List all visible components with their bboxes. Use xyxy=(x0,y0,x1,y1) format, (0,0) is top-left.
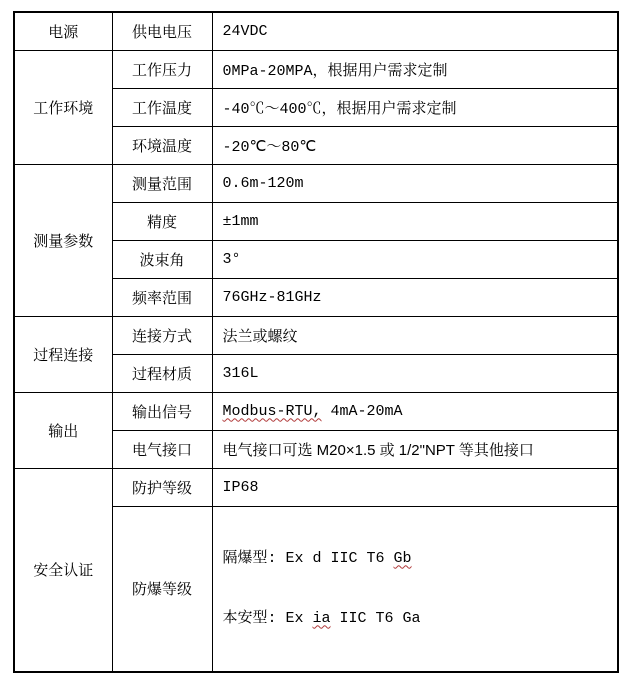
category-cell-process-connection: 过程连接 xyxy=(14,316,112,392)
value-cell-connection-type: 法兰或螺纹 xyxy=(212,316,618,354)
value-cell-explosion-proof-rating: 隔爆型: Ex d IIC T6 Gb 本安型: Ex ia IIC T6 Ga xyxy=(212,506,618,672)
param-cell-electrical-interface: 电气接口 xyxy=(112,430,212,468)
table-row: 过程连接 连接方式 法兰或螺纹 xyxy=(14,316,618,354)
spellcheck-flagged-text: Modbus-RTU, xyxy=(223,403,322,420)
value-cell-beam-angle: 3° xyxy=(212,240,618,278)
value-text: 隔爆型: Ex d IIC T6 xyxy=(223,550,394,567)
param-cell-output-signal: 输出信号 xyxy=(112,392,212,430)
value-cell-accuracy: ±1mm xyxy=(212,202,618,240)
category-cell-working-environment: 工作环境 xyxy=(14,50,112,164)
value-line-flameproof: 隔爆型: Ex d IIC T6 Gb xyxy=(223,549,610,569)
value-cell-output-signal: Modbus-RTU, 4mA-20mA xyxy=(212,392,618,430)
spellcheck-flagged-text: Gb xyxy=(394,550,412,567)
table-row: 安全认证 防护等级 IP68 xyxy=(14,468,618,506)
value-line-intrinsically-safe: 本安型: Ex ia IIC T6 Ga xyxy=(223,609,610,629)
value-cell-ambient-temperature: -20℃～80℃ xyxy=(212,126,618,164)
value-cell-protection-rating: IP68 xyxy=(212,468,618,506)
table-row: 电源 供电电压 24VDC xyxy=(14,12,618,50)
value-cell-working-temperature: -40℃～400℃，根据用户需求定制 xyxy=(212,88,618,126)
param-cell-beam-angle: 波束角 xyxy=(112,240,212,278)
value-text: 4mA-20mA xyxy=(322,403,403,420)
value-cell-supply-voltage: 24VDC xyxy=(212,12,618,50)
param-cell-working-pressure: 工作压力 xyxy=(112,50,212,88)
category-cell-power: 电源 xyxy=(14,12,112,50)
category-cell-measurement-parameters: 测量参数 xyxy=(14,164,112,316)
value-cell-frequency-range: 76GHz-81GHz xyxy=(212,278,618,316)
value-cell-process-material: 316L xyxy=(212,354,618,392)
document-page: 电源 供电电压 24VDC 工作环境 工作压力 0MPa-20MPA，根据用户需… xyxy=(0,0,630,563)
param-cell-protection-rating: 防护等级 xyxy=(112,468,212,506)
param-cell-accuracy: 精度 xyxy=(112,202,212,240)
param-cell-explosion-proof-rating: 防爆等级 xyxy=(112,506,212,672)
table-row: 工作环境 工作压力 0MPa-20MPA，根据用户需求定制 xyxy=(14,50,618,88)
table-row: 输出 输出信号 Modbus-RTU, 4mA-20mA xyxy=(14,392,618,430)
table-row: 测量参数 测量范围 0.6m-120m xyxy=(14,164,618,202)
category-cell-output: 输出 xyxy=(14,392,112,468)
param-cell-frequency-range: 频率范围 xyxy=(112,278,212,316)
category-cell-safety-certification: 安全认证 xyxy=(14,468,112,672)
param-cell-connection-type: 连接方式 xyxy=(112,316,212,354)
param-cell-supply-voltage: 供电电压 xyxy=(112,12,212,50)
spellcheck-flagged-text: ia xyxy=(313,610,331,627)
spec-table: 电源 供电电压 24VDC 工作环境 工作压力 0MPa-20MPA，根据用户需… xyxy=(13,11,619,673)
param-cell-working-temperature: 工作温度 xyxy=(112,88,212,126)
value-cell-measuring-range: 0.6m-120m xyxy=(212,164,618,202)
value-cell-electrical-interface: 电气接口可选 M20×1.5 或 1/2"NPT 等其他接口 xyxy=(212,430,618,468)
param-cell-measuring-range: 测量范围 xyxy=(112,164,212,202)
param-cell-ambient-temperature: 环境温度 xyxy=(112,126,212,164)
value-cell-working-pressure: 0MPa-20MPA，根据用户需求定制 xyxy=(212,50,618,88)
param-cell-process-material: 过程材质 xyxy=(112,354,212,392)
value-text: 本安型: Ex xyxy=(223,610,313,627)
value-text: IIC T6 Ga xyxy=(331,610,421,627)
